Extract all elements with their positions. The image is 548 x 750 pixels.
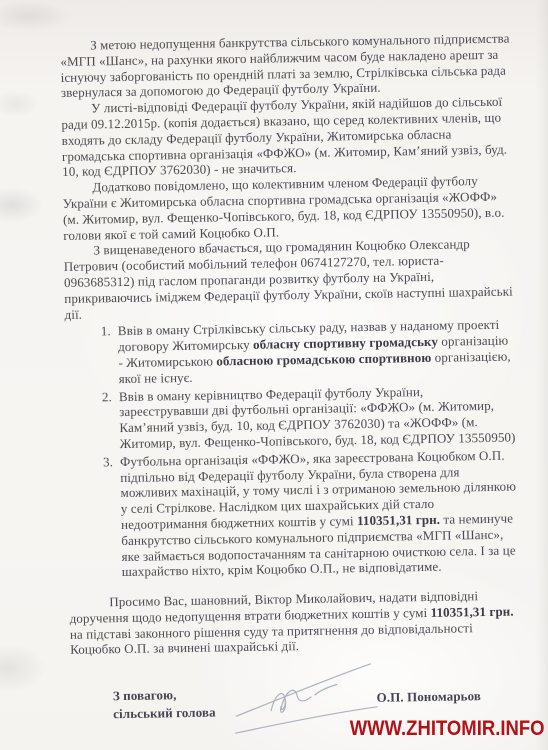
letter-body: З метою недопущення банкрутства сільсько… <box>60 31 521 724</box>
paragraph-request: Просимо Вас, шановний, Віктор Миколайови… <box>69 588 520 659</box>
paragraph-purpose: З метою недопущення банкрутства сільсько… <box>60 31 511 102</box>
run-bold: 110351,31 грн. <box>430 603 513 619</box>
list-item-1: 1. Ввів в оману Стрілківську сільську ра… <box>101 317 516 387</box>
paragraph-conclusion: З вищенаведеного вбачається, що громадян… <box>63 236 514 322</box>
scanned-letter-page: З метою недопущення банкрутства сільсько… <box>0 0 548 750</box>
run-bold: 110351,31 грн. <box>357 512 440 528</box>
paragraph-text: У листі-відповіді Федерації футболу Укра… <box>61 94 507 179</box>
paragraph-additional-info: Додатково повідомлено, що колективним чл… <box>62 173 513 244</box>
list-item-3-number: 3. <box>103 454 122 581</box>
list-item-1-number: 1. <box>101 323 119 386</box>
list-item-3: 3. Футбольна організація «ФФЖО», яка зар… <box>103 447 519 580</box>
paragraph-text: З метою недопущення банкрутства сільсько… <box>60 31 509 101</box>
list-item-2-number: 2. <box>102 389 120 452</box>
paragraph-ffu-reply: У листі-відповіді Федерації футболу Укра… <box>61 94 512 180</box>
paragraph-text: Додатково повідомлено, що колективним чл… <box>63 173 505 242</box>
list-item-1-text: Ввів в оману Стрілківську сільську раду,… <box>118 317 516 387</box>
list-item-2: 2. Ввів в оману керівництво Федерації фу… <box>102 382 517 452</box>
run: на підставі законного рішення суду та пр… <box>70 620 473 657</box>
signer-title: сільський голова <box>113 703 216 722</box>
watermark-zhitomir-info: WWW.ZHITOMIR.INFO <box>350 716 545 741</box>
list-item-3-text: Футбольна організація «ФФЖО», яка зареєс… <box>120 447 519 580</box>
signature-salutation: З повагою, сільський голова <box>113 686 216 723</box>
run: Ввів в оману керівництво Федерації футбо… <box>119 384 516 451</box>
list-item-2-text: Ввів в оману керівництво Федерації футбо… <box>119 382 517 452</box>
run-bold: обласною громадською спортивною <box>216 350 431 369</box>
salutation-line: З повагою, <box>113 686 216 705</box>
paragraph-text: З вищенаведеного вбачається, що громадян… <box>64 237 513 322</box>
